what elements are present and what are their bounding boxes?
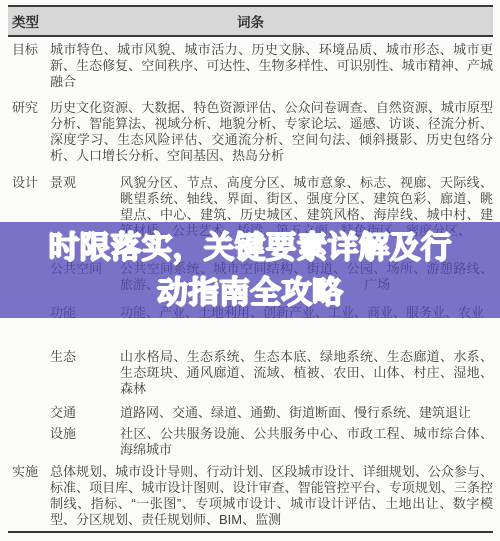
table-row-goal: 目标 城市特色、城市风貌、城市活力、历史文脉、环境品质、城市形态、城市更新、生态… — [8, 42, 493, 90]
table-row-design-ecology: 生态 山水格局、生态系统、生态本底、绿地系统、生态廊道、水系、生态斑块、通风廊道… — [8, 349, 493, 397]
row-terms: 社区、公共服务设施、公共服务中心、市政工程、城市综合体、海绵城市 — [120, 426, 493, 458]
column-header-terms: 词条 — [8, 11, 493, 31]
row-terms: 城市特色、城市风貌、城市活力、历史文脉、环境品质、城市形态、城市更新、生态修复、… — [50, 42, 493, 90]
row-category — [8, 349, 50, 397]
watermark-banner: 时限落实，关键要素详解及行 动指南全攻略 — [0, 222, 500, 318]
row-category — [8, 405, 50, 421]
table-bottom-rule — [8, 531, 493, 533]
table-row-implementation: 实施 总体规划、城市设计导则、行动计划、区段城市设计、详细规划、公众参与、标准、… — [8, 464, 493, 528]
table-row-design-traffic: 交通 道路网、交通、绿道、通勤、街道断面、慢行系统、建筑退让 — [8, 405, 493, 421]
banner-title-line-2: 动指南全攻略 — [157, 270, 343, 315]
row-category: 目标 — [8, 42, 50, 90]
table-row-design-facility: 设施 社区、公共服务设施、公共服务中心、市政工程、城市综合体、海绵城市 — [8, 426, 493, 458]
row-category: 研究 — [8, 100, 50, 164]
vocabulary-table-page: 词条 类型 目标 城市特色、城市风貌、城市活力、历史文脉、环境品质、城市形态、城… — [0, 0, 500, 541]
row-subcategory: 设施 — [50, 426, 120, 458]
row-subcategory: 交通 — [50, 405, 120, 421]
table-header-row: 词条 类型 — [8, 7, 493, 35]
row-category: 实施 — [8, 464, 50, 528]
row-terms: 历史文化资源、大数据、特色资源评估、公众问卷调查、自然资源、城市原型分析、智能算… — [50, 100, 493, 164]
row-category — [8, 426, 50, 458]
table-row-research: 研究 历史文化资源、大数据、特色资源评估、公众问卷调查、自然资源、城市原型分析、… — [8, 100, 493, 164]
row-terms: 总体规划、城市设计导则、行动计划、区段城市设计、详细规划、公众参与、标准、项目库… — [50, 464, 493, 528]
row-terms: 山水格局、生态系统、生态本底、绿地系统、生态廊道、水系、生态斑块、通风廊道、流域… — [120, 349, 493, 397]
row-subcategory: 生态 — [50, 349, 120, 397]
banner-title-line-1: 时限落实，关键要素详解及行 — [49, 225, 452, 270]
row-terms: 道路网、交通、绿道、通勤、街道断面、慢行系统、建筑退让 — [120, 405, 493, 421]
